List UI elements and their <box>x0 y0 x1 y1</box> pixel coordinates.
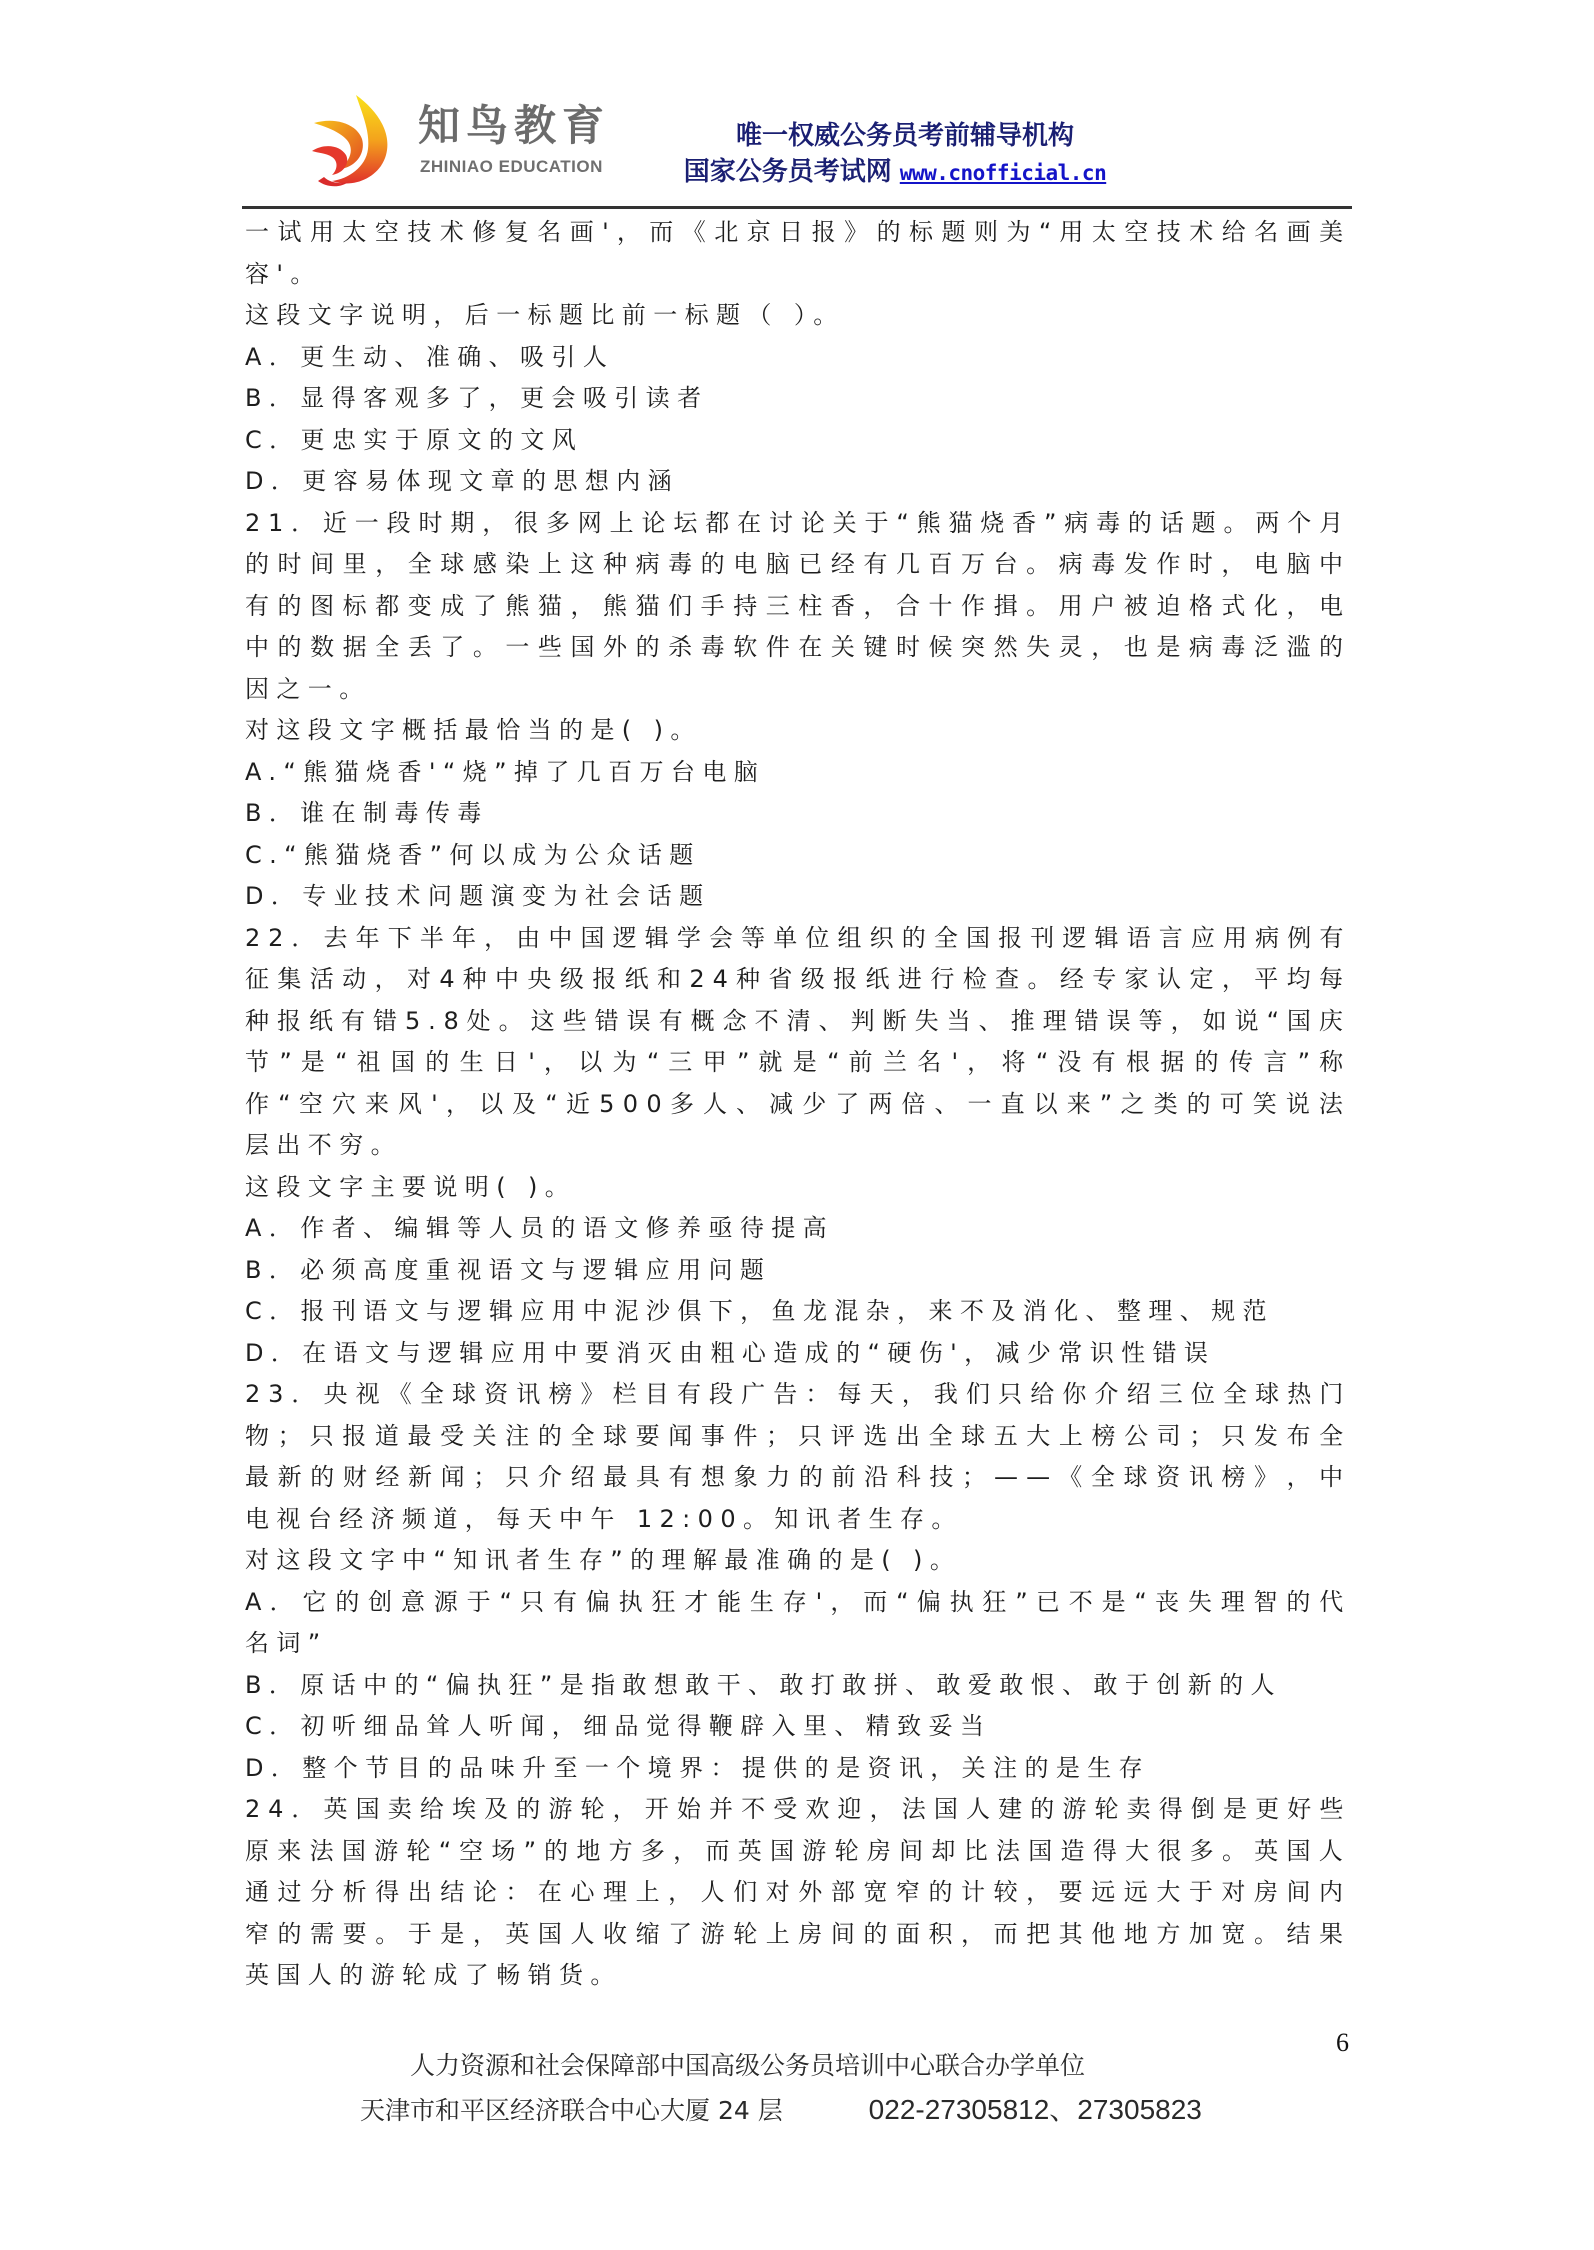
header-divider <box>242 206 1352 209</box>
text-line: A.“熊猫烧香'“烧”掉了几百万台电脑 <box>245 752 1343 794</box>
text-line: 中 的 数 据 全 丢 了 。 一 些 国 外 的 杀 毒 软 件 在 关 键 … <box>245 627 1343 669</box>
text-line: 种 报 纸 有 错 5 . 8 处 。 这 些 错 误 有 概 念 不 清 、 … <box>245 1001 1343 1043</box>
text-line: 一 试 用 太 空 技 术 修 复 名 画 ' ， 而 《 北 京 日 报 》 … <box>245 212 1343 254</box>
text-line: 2 1 ． 近 一 段 时 期 ， 很 多 网 上 论 坛 都 在 讨 论 关 … <box>245 503 1343 545</box>
text-line: 窄 的 需 要 。 于 是 ， 英 国 人 收 缩 了 游 轮 上 房 间 的 … <box>245 1914 1343 1956</box>
text-line: B．原话中的“偏执狂”是指敢想敢干、敢打敢拼、敢爱敢恨、敢于创新的人 <box>245 1665 1343 1707</box>
site-url-link[interactable]: www.cnofficial.cn <box>900 161 1106 185</box>
text-line: C．报刊语文与逻辑应用中泥沙俱下，鱼龙混杂，来不及消化、整理、规范 <box>245 1291 1343 1333</box>
footer-affiliation: 人力资源和社会保障部中国高级公务员培训中心联合办学单位 <box>410 2046 1085 2082</box>
document-body: 一 试 用 太 空 技 术 修 复 名 画 ' ， 而 《 北 京 日 报 》 … <box>245 212 1343 1997</box>
text-line: 原 来 法 国 游 轮 “ 空 场 ” 的 地 方 多 ， 而 英 国 游 轮 … <box>245 1831 1343 1873</box>
page-number: 6 <box>1336 2028 1349 2058</box>
text-line: 这段文字说明，后一标题比前一标题（ ）。 <box>245 295 1343 337</box>
text-line: 有 的 图 标 都 变 成 了 熊 猫 ， 熊 猫 们 手 持 三 柱 香 ， … <box>245 586 1343 628</box>
text-line: 作 “ 空 穴 来 风 ' ， 以 及 “ 近 5 0 0 多 人 、 减 少 … <box>245 1084 1343 1126</box>
text-line: B．谁在制毒传毒 <box>245 793 1343 835</box>
brand-name-cn: 知鸟教育 <box>418 103 610 149</box>
brand-logo: 知鸟教育 ZHINIAO EDUCATION <box>308 93 618 189</box>
text-line: 容'。 <box>245 254 1343 296</box>
text-line: 2 3 ． 央 视 《 全 球 资 讯 榜 》 栏 目 有 段 广 告 ： 每 … <box>245 1374 1343 1416</box>
text-line: 电视台经济频道，每天中午 12:00。知讯者生存。 <box>245 1499 1343 1541</box>
header-slogan: 唯一权威公务员考前辅导机构 国家公务员考试网www.cnofficial.cn <box>660 118 1130 191</box>
text-line: D．在语文与逻辑应用中要消灭由粗心造成的“硬伤'，减少常识性错误 <box>245 1333 1343 1375</box>
text-line: D．专业技术问题演变为社会话题 <box>245 876 1343 918</box>
text-line: A ． 它 的 创 意 源 于 “ 只 有 偏 执 狂 才 能 生 存 ' ， … <box>245 1582 1343 1624</box>
slogan-site-name: 国家公务员考试网 <box>684 157 892 187</box>
slogan-line-1: 唯一权威公务员考前辅导机构 <box>660 118 1130 154</box>
text-line: D．更容易体现文章的思想内涵 <box>245 461 1343 503</box>
page-footer: 6 人力资源和社会保障部中国高级公务员培训中心联合办学单位 天津市和平区经济联合… <box>0 2010 1594 2150</box>
text-line: 的 时 间 里 ， 全 球 感 染 上 这 种 病 毒 的 电 脑 已 经 有 … <box>245 544 1343 586</box>
text-line: 对这段文字中“知讯者生存”的理解最准确的是( )。 <box>245 1540 1343 1582</box>
text-line: A．作者、编辑等人员的语文修养亟待提高 <box>245 1208 1343 1250</box>
text-line: 通 过 分 析 得 出 结 论 ： 在 心 理 上 ， 人 们 对 外 部 宽 … <box>245 1872 1343 1914</box>
text-line: 2 4 ． 英 国 卖 给 埃 及 的 游 轮 ， 开 始 并 不 受 欢 迎 … <box>245 1789 1343 1831</box>
footer-phone: 022-27305812、27305823 <box>869 2088 1202 2128</box>
text-line: 对这段文字概括最恰当的是( )。 <box>245 710 1343 752</box>
slogan-line-2: 国家公务员考试网www.cnofficial.cn <box>660 154 1130 191</box>
text-line: D．整个节目的品味升至一个境界：提供的是资讯，关注的是生存 <box>245 1748 1343 1790</box>
text-line: 2 2 ． 去 年 下 半 年 ， 由 中 国 逻 辑 学 会 等 单 位 组 … <box>245 918 1343 960</box>
footer-contact: 天津市和平区经济联合中心大厦 24 层 022-27305812、2730582… <box>360 2088 1202 2128</box>
brand-name-en: ZHINIAO EDUCATION <box>420 157 603 177</box>
text-line: 英国人的游轮成了畅销货。 <box>245 1955 1343 1997</box>
footer-address: 天津市和平区经济联合中心大厦 24 层 <box>360 2091 783 2127</box>
text-line: 最 新 的 财 经 新 闻 ； 只 介 绍 最 具 有 想 象 力 的 前 沿 … <box>245 1457 1343 1499</box>
phoenix-flame-logo-icon <box>308 93 398 189</box>
text-line: C．初听细品耸人听闻，细品觉得鞭辟入里、精致妥当 <box>245 1706 1343 1748</box>
text-line: 名词” <box>245 1623 1343 1665</box>
text-line: 层出不穷。 <box>245 1125 1343 1167</box>
text-line: 这段文字主要说明( )。 <box>245 1167 1343 1209</box>
text-line: C.“熊猫烧香”何以成为公众话题 <box>245 835 1343 877</box>
page-header: 知鸟教育 ZHINIAO EDUCATION 唯一权威公务员考前辅导机构 国家公… <box>0 0 1594 215</box>
text-line: 节 ” 是 “ 祖 国 的 生 日 ' ， 以 为 “ 三 甲 ” 就 是 “ … <box>245 1042 1343 1084</box>
text-line: 因之一。 <box>245 669 1343 711</box>
text-line: 征 集 活 动 ， 对 4 种 中 央 级 报 纸 和 2 4 种 省 级 报 … <box>245 959 1343 1001</box>
text-line: C．更忠实于原文的文风 <box>245 420 1343 462</box>
text-line: B．显得客观多了，更会吸引读者 <box>245 378 1343 420</box>
text-line: B．必须高度重视语文与逻辑应用问题 <box>245 1250 1343 1292</box>
text-line: A．更生动、准确、吸引人 <box>245 337 1343 379</box>
text-line: 物 ； 只 报 道 最 受 关 注 的 全 球 要 闻 事 件 ； 只 评 选 … <box>245 1416 1343 1458</box>
